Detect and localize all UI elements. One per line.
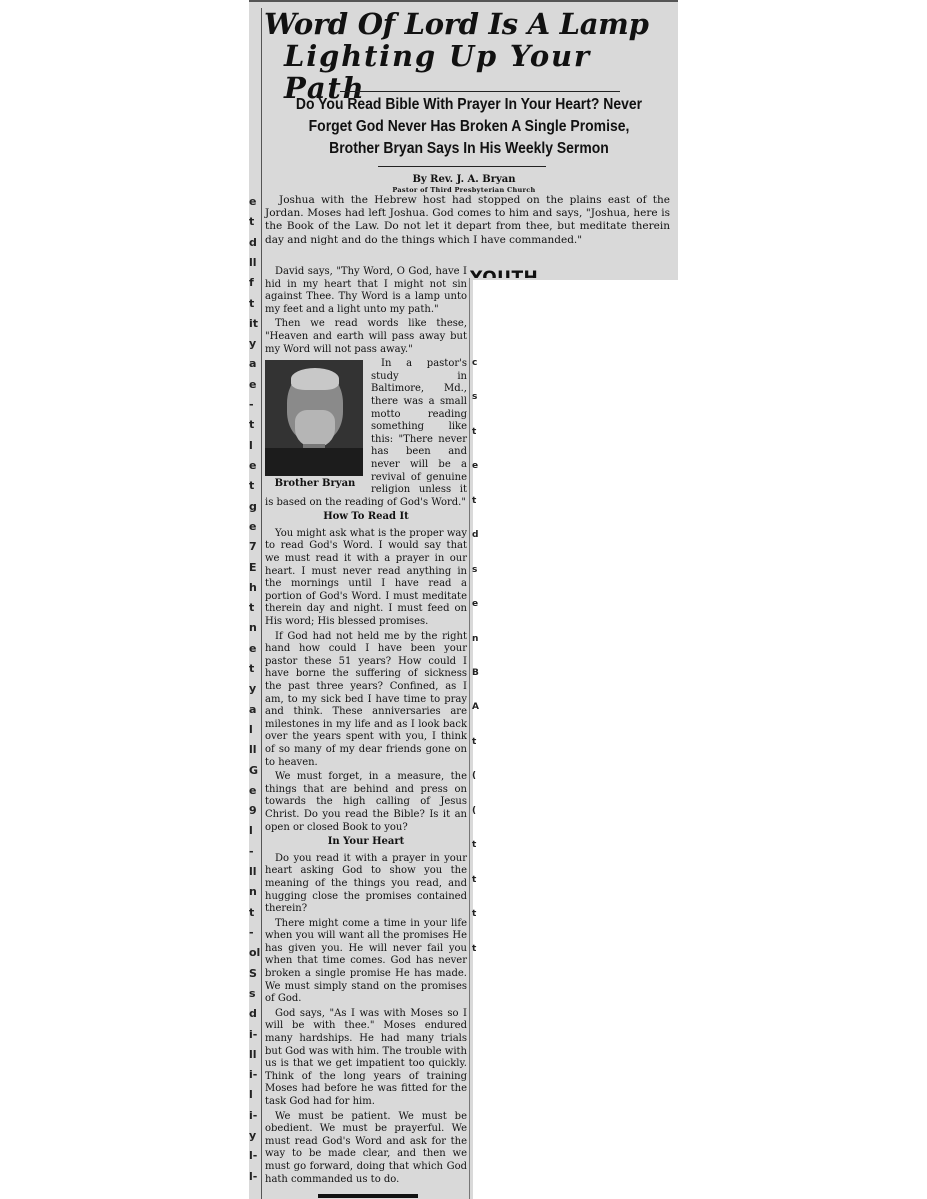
adjacent-text-fragment: -: [249, 926, 254, 939]
subheading-how-to-read-it: How To Read It: [265, 511, 467, 524]
byline-title: Pastor of Third Presbyterian Church: [264, 186, 664, 194]
adjacent-text-fragment: a: [249, 357, 256, 370]
portrait-photo: [265, 360, 363, 476]
body-paragraph: We must be patient. We must be obedient.…: [265, 1111, 467, 1187]
photo-caption: Brother Bryan: [265, 478, 365, 491]
lead-paragraph-block: Joshua with the Hebrew host had stopped …: [265, 194, 670, 247]
adjacent-headline-fragment: YOUTH CONFERENCE: [470, 266, 675, 278]
subheading-in-your-heart: In Your Heart: [265, 836, 467, 849]
adjacent-text-fragment: t: [249, 418, 254, 431]
adjacent-text-fragment: t: [249, 479, 254, 492]
adjacent-text-fragment: G: [249, 764, 258, 777]
column-rule-right: [469, 278, 470, 1199]
adjacent-text-fragment: t: [249, 215, 254, 228]
adjacent-text-fragment: l: [249, 439, 253, 452]
adjacent-text-fragment: (: [472, 771, 476, 781]
body-paragraph: Do you read it with a prayer in your hea…: [265, 853, 467, 916]
headline: Word Of Lord Is A Lamp Lighting Up Your …: [264, 8, 674, 104]
subheadline-line: Brother Bryan Says In His Weekly Sermon: [283, 138, 656, 160]
adjacent-text-fragment: e: [249, 459, 256, 472]
adjacent-text-fragment: ll: [249, 1048, 257, 1061]
adjacent-text-fragment: E: [249, 561, 257, 574]
adjacent-text-fragment: l-: [249, 1149, 257, 1162]
adjacent-text-fragment: h: [249, 581, 257, 594]
adjacent-text-fragment: n: [249, 621, 257, 634]
adjacent-text-fragment: t: [249, 662, 254, 675]
adjacent-text-fragment: i-: [249, 1068, 257, 1081]
adjacent-text-fragment: (: [472, 806, 476, 816]
adjacent-text-fragment: l-: [249, 1170, 257, 1183]
subhead-divider: [378, 166, 546, 167]
adjacent-text-fragment: g: [249, 500, 257, 513]
adjacent-text-fragment: ll: [249, 743, 257, 756]
adjacent-text-fragment: c: [472, 358, 477, 368]
adjacent-text-fragment: f: [249, 276, 254, 289]
adjacent-text-fragment: s: [472, 565, 477, 575]
adjacent-text-fragment: t: [472, 496, 476, 506]
adjacent-text-fragment: t: [249, 297, 254, 310]
adjacent-text-fragment: t: [472, 944, 476, 954]
adjacent-text-fragment: t: [249, 906, 254, 919]
headline-divider: [340, 91, 620, 92]
body-paragraph: If God had not held me by the right hand…: [265, 631, 467, 770]
byline: By Rev. J. A. Bryan: [264, 174, 664, 185]
subheadline-line: Forget God Never Has Broken A Single Pro…: [283, 116, 656, 138]
adjacent-text-fragment: l: [249, 723, 253, 736]
adjacent-text-fragment: i-: [249, 1028, 257, 1041]
adjacent-text-fragment: s: [249, 987, 256, 1000]
adjacent-text-fragment: d: [472, 530, 478, 540]
adjacent-text-fragment: e: [249, 642, 256, 655]
adjacent-text-fragment: t: [472, 737, 476, 747]
adjacent-text-fragment: A: [472, 702, 479, 712]
adjacent-text-fragment: e: [249, 195, 256, 208]
adjacent-text-fragment: y: [249, 337, 256, 350]
adjacent-text-fragment: ll: [249, 256, 257, 269]
adjacent-text-fragment: S: [249, 967, 257, 980]
body-paragraph: We must forget, in a measure, the things…: [265, 771, 467, 834]
adjacent-text-fragment: t: [472, 875, 476, 885]
adjacent-text-fragment: n: [249, 885, 257, 898]
adjacent-text-fragment: 9: [249, 804, 257, 817]
photo-figure: Brother Bryan: [265, 360, 365, 491]
adjacent-text-fragment: e: [249, 378, 256, 391]
adjacent-text-fragment: n: [472, 634, 478, 644]
adjacent-text-fragment: -: [249, 398, 254, 411]
article-body: David says, "Thy Word, O God, have I hid…: [265, 266, 467, 1188]
headline-line-1: Word Of Lord Is A Lamp: [264, 8, 674, 40]
adjacent-text-fragment: t: [472, 909, 476, 919]
adjacent-text-fragment: d: [249, 1007, 257, 1020]
body-paragraph: God says, "As I was with Moses so I will…: [265, 1008, 467, 1109]
body-paragraph: Then we read words like these, "Heaven a…: [265, 318, 467, 356]
adjacent-text-fragment: y: [249, 682, 256, 695]
body-paragraph: David says, "Thy Word, O God, have I hid…: [265, 266, 467, 316]
body-paragraph: You might ask what is the proper way to …: [265, 528, 467, 629]
body-paragraph: There might come a time in your life whe…: [265, 918, 467, 1006]
adjacent-text-fragment: ll: [249, 865, 257, 878]
adjacent-text-fragment: t: [472, 427, 476, 437]
adjacent-text-fragment: e: [249, 784, 256, 797]
adjacent-text-fragment: e: [472, 461, 478, 471]
subheadline-line: Do You Read Bible With Prayer In Your He…: [283, 94, 656, 116]
adjacent-text-fragment: B: [472, 668, 479, 678]
column-rule-left: [261, 8, 262, 1199]
adjacent-text-fragment: e: [472, 599, 478, 609]
adjacent-text-fragment: -: [249, 845, 254, 858]
adjacent-text-fragment: l: [249, 1088, 253, 1101]
adjacent-text-fragment: d: [249, 236, 257, 249]
adjacent-text-fragment: 7: [249, 540, 257, 553]
adjacent-text-fragment: it: [249, 317, 258, 330]
adjacent-text-fragment: t: [472, 840, 476, 850]
column-end-rule: [318, 1194, 418, 1198]
adjacent-text-fragment: s: [472, 392, 477, 402]
adjacent-text-fragment: i-: [249, 1109, 257, 1122]
adjacent-column-right-fragments: cstetdsenBAt((tttt: [472, 278, 478, 1199]
lead-paragraph: Joshua with the Hebrew host had stopped …: [265, 194, 670, 247]
adjacent-text-fragment: y: [249, 1129, 256, 1142]
adjacent-text-fragment: a: [249, 703, 256, 716]
adjacent-text-fragment: l: [249, 824, 253, 837]
adjacent-text-fragment: t: [249, 601, 254, 614]
adjacent-text-fragment: ol: [249, 946, 260, 959]
adjacent-text-fragment: e: [249, 520, 256, 533]
subheadline: Do You Read Bible With Prayer In Your He…: [283, 94, 656, 160]
adjacent-column-left-fragments: etdllftityae-tletge7EhtnetyalllGe9l-llnt…: [249, 0, 261, 1199]
